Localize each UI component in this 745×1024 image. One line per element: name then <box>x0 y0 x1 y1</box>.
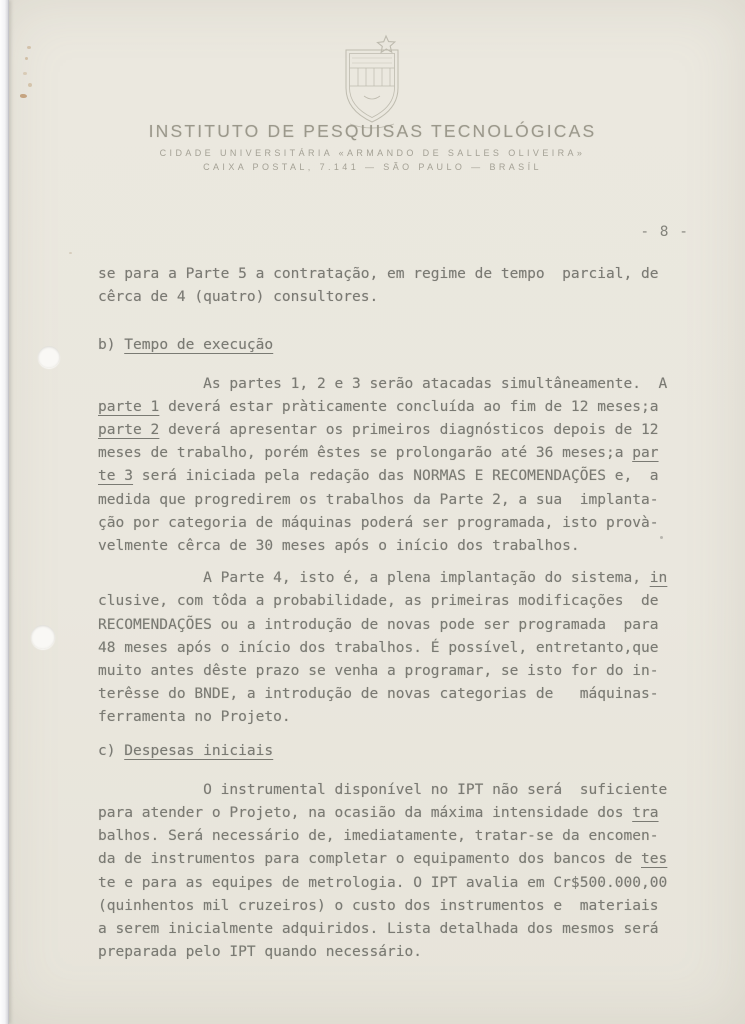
text-line: muito antes dêste prazo se venha a progr… <box>98 659 678 682</box>
text-segment: As partes 1, 2 e 3 serão atacadas simult… <box>98 375 667 392</box>
text-line: da de instrumentos para completar o equi… <box>98 847 678 870</box>
text-segment: muito antes dêste prazo se venha a progr… <box>98 662 659 679</box>
text-segment: A Parte 4, isto é, a plena implantação d… <box>98 569 650 586</box>
section-heading: b) Tempo de execução <box>98 333 678 356</box>
text-line: se para a Parte 5 a contratação, em regi… <box>98 262 678 285</box>
heading-line: b) Tempo de execução <box>98 333 678 356</box>
text-line: parte 1 deverá estar pràticamente conclu… <box>98 395 678 418</box>
text-segment: medida que progredirem os trabalhos da P… <box>98 491 659 508</box>
institution-name: INSTITUTO DE PESQUISAS TECNOLÓGICAS <box>0 121 745 142</box>
text-segment: (quinhentos mil cruzeiros) o custo dos i… <box>98 897 659 914</box>
text-segment: balhos. Será necessário de, imediatament… <box>98 827 659 844</box>
text-segment: te e para as equipes de metrologia. O IP… <box>98 874 667 891</box>
text-line: te 3 será iniciada pela redação das NORM… <box>98 464 678 487</box>
paper-speck <box>27 46 31 49</box>
paper-speck <box>28 83 32 87</box>
text-segment: preparada pelo IPT quando necessário. <box>98 943 422 960</box>
text-segment: ção por categoria de máquinas poderá ser… <box>98 514 659 531</box>
text-segment: será iniciada pela redação das NORMAS E … <box>133 467 658 484</box>
scanned-document-page: INSTITUTO DE PESQUISAS TECNOLÓGICAS CIDA… <box>0 0 745 1024</box>
text-segment: da de instrumentos para completar o equi… <box>98 850 641 867</box>
heading-prefix: c) <box>98 742 124 759</box>
text-segment: O instrumental disponível no IPT não ser… <box>98 781 667 798</box>
text-segment: velmente cêrca de 30 meses após o início… <box>98 537 580 554</box>
text-segment: deverá estar pràticamente concluída ao f… <box>159 398 658 415</box>
text-line: 48 meses após o início dos trabalhos. É … <box>98 636 678 659</box>
text-line: meses de trabalho, porém êstes se prolon… <box>98 441 678 464</box>
text-segment: cêrca de 4 (quatro) consultores. <box>98 288 378 305</box>
text-line: medida que progredirem os trabalhos da P… <box>98 488 678 511</box>
text-segment: terêsse do BNDE, a introdução de novas c… <box>98 685 659 702</box>
text-segment: 48 meses após o início dos trabalhos. É … <box>98 639 659 656</box>
text-line: clusive, com tôda a probabilidade, as pr… <box>98 589 678 612</box>
letterhead-address-line-2: CAIXA POSTAL, 7.141 — SÃO PAULO — BRASÍL <box>0 162 745 172</box>
heading-title: Tempo de execução <box>124 336 273 353</box>
underlined-text-segment: par <box>632 444 658 461</box>
text-line: parte 2 deverá apresentar os primeiros d… <box>98 418 678 441</box>
paper-speck <box>69 252 72 254</box>
punch-hole-top <box>38 346 60 368</box>
underlined-text-segment: parte 1 <box>98 398 159 415</box>
paragraph: As partes 1, 2 e 3 serão atacadas simult… <box>98 372 678 558</box>
text-line: RECOMENDAÇÕES ou a introdução de novas p… <box>98 613 678 636</box>
text-line: terêsse do BNDE, a introdução de novas c… <box>98 682 678 705</box>
text-line: As partes 1, 2 e 3 serão atacadas simult… <box>98 372 678 395</box>
text-line: preparada pelo IPT quando necessário. <box>98 940 678 963</box>
heading-prefix: b) <box>98 336 124 353</box>
underlined-text-segment: in <box>650 569 668 586</box>
text-line: O instrumental disponível no IPT não ser… <box>98 778 678 801</box>
text-line: cêrca de 4 (quatro) consultores. <box>98 285 678 308</box>
section-heading: c) Despesas iniciais <box>98 739 678 762</box>
heading-line: c) Despesas iniciais <box>98 739 678 762</box>
text-segment: para atender o Projeto, na ocasião da má… <box>98 804 632 821</box>
text-segment: meses de trabalho, porém êstes se prolon… <box>98 444 632 461</box>
underlined-text-segment: tra <box>632 804 658 821</box>
paper-speck <box>23 72 27 75</box>
text-segment: clusive, com tôda a probabilidade, as pr… <box>98 592 659 609</box>
underlined-text-segment: parte 2 <box>98 421 159 438</box>
text-line: ferramenta no Projeto. <box>98 705 678 728</box>
text-segment: RECOMENDAÇÕES ou a introdução de novas p… <box>98 616 659 633</box>
text-segment: se para a Parte 5 a contratação, em regi… <box>98 265 659 282</box>
text-line: te e para as equipes de metrologia. O IP… <box>98 871 678 894</box>
text-segment: deverá apresentar os primeiros diagnósti… <box>159 421 658 438</box>
text-line: velmente cêrca de 30 meses após o início… <box>98 534 678 557</box>
underlined-text-segment: te 3 <box>98 467 133 484</box>
underlined-text-segment: tes <box>641 850 667 867</box>
text-line: ção por categoria de máquinas poderá ser… <box>98 511 678 534</box>
paragraph: O instrumental disponível no IPT não ser… <box>98 778 678 964</box>
text-line: para atender o Projeto, na ocasião da má… <box>98 801 678 824</box>
text-line: (quinhentos mil cruzeiros) o custo dos i… <box>98 894 678 917</box>
heading-title: Despesas iniciais <box>124 742 273 759</box>
text-line: a serem inicialmente adquiridos. Lista d… <box>98 917 678 940</box>
punch-hole-bottom <box>31 625 55 649</box>
paragraph: A Parte 4, isto é, a plena implantação d… <box>98 566 678 728</box>
text-line: A Parte 4, isto é, a plena implantação d… <box>98 566 678 589</box>
paper-speck <box>20 94 27 98</box>
page-number: - 8 - <box>640 224 689 240</box>
text-segment: a serem inicialmente adquiridos. Lista d… <box>98 920 659 937</box>
paragraph: se para a Parte 5 a contratação, em regi… <box>98 262 678 308</box>
paper-speck <box>25 57 28 60</box>
text-segment: ferramenta no Projeto. <box>98 708 291 725</box>
letterhead-address-line-1: CIDADE UNIVERSITÁRIA «ARMANDO DE SALLES … <box>0 148 745 158</box>
text-line: balhos. Será necessário de, imediatament… <box>98 824 678 847</box>
coat-of-arms-icon <box>334 34 414 130</box>
document-body: se para a Parte 5 a contratação, em regi… <box>98 262 678 963</box>
